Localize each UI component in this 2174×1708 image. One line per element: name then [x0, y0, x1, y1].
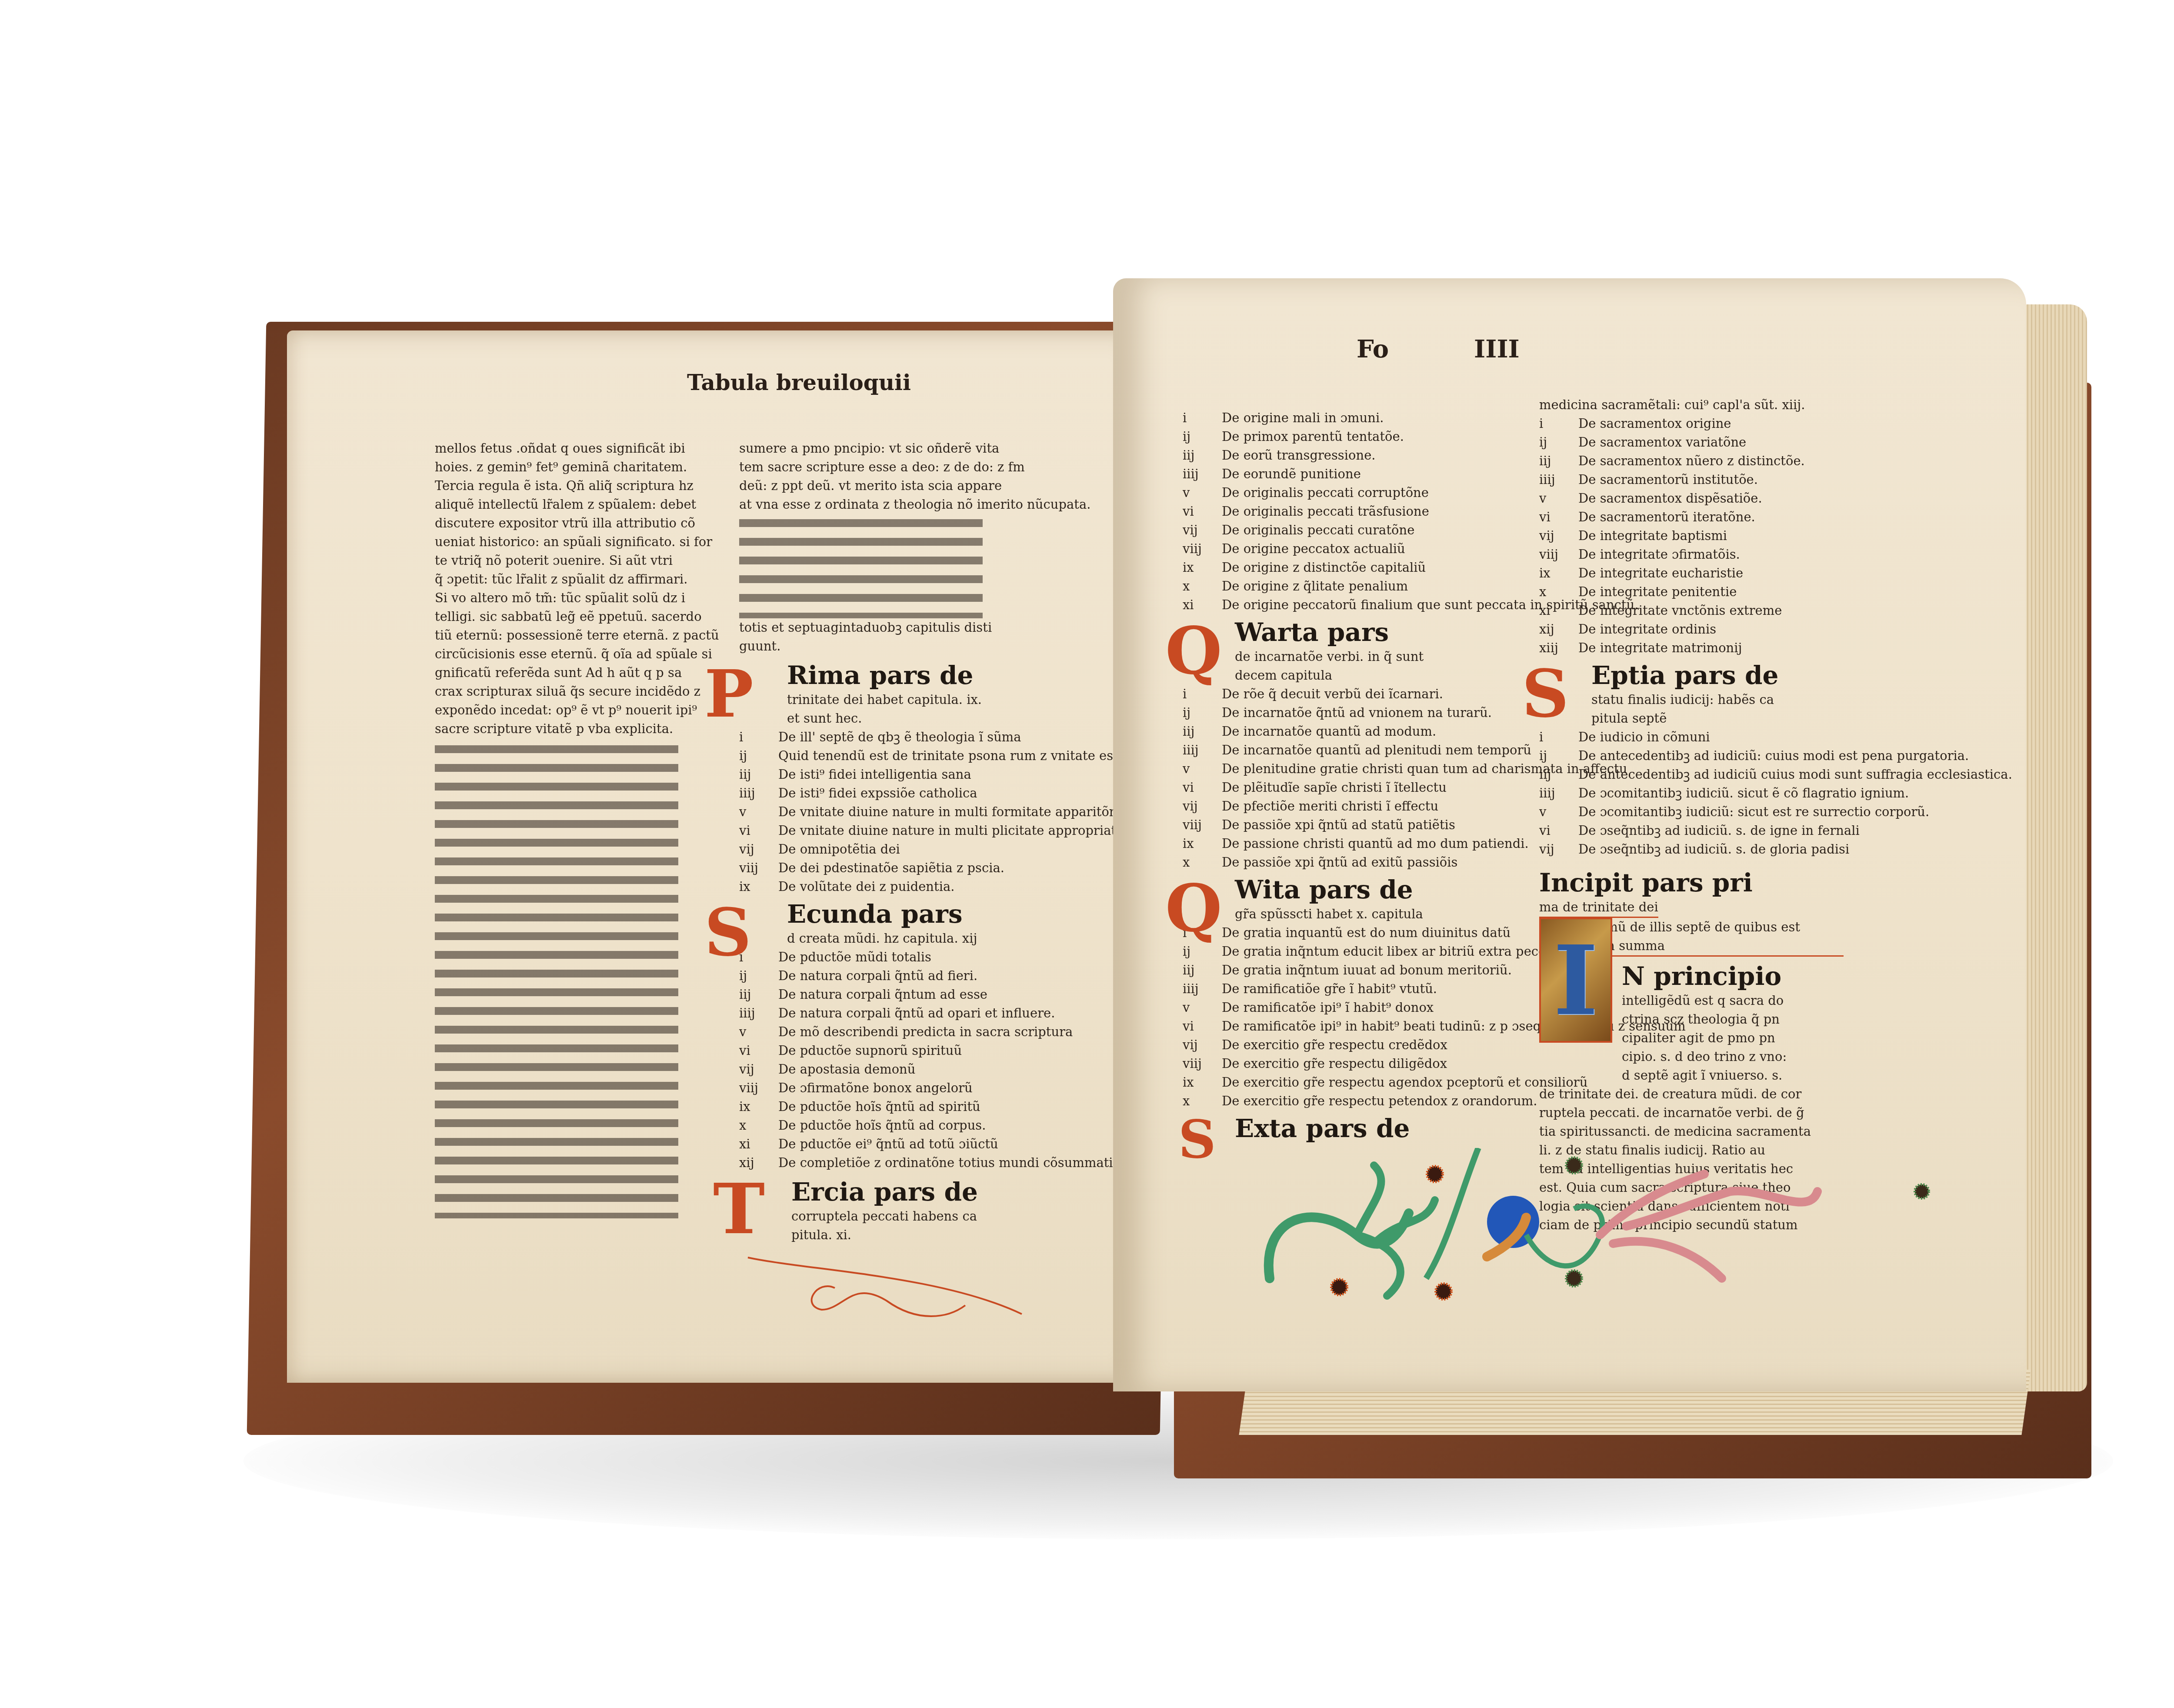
chapter-entry: viijDe ɔfirmatõne bonox angelorũ [739, 1079, 1017, 1098]
chapter-entry: ixDe volũtate dei z puidentia. [739, 877, 1017, 896]
chapter-entry: iijDe isti⁹ fidei intelligentia sana [739, 765, 1017, 784]
chapter-entry: xiDe pductõe ei⁹ q̃ntũ ad totũ ɔiũctũ [739, 1135, 1017, 1154]
section-prima-pars: P Rima pars de trinitate dei habet capit… [739, 660, 1017, 896]
text-line: sacre scripture vitatẽ p vba explicita. [435, 720, 696, 738]
text-line: at vna esse z ordinata z theologia nõ im… [739, 495, 1017, 514]
chapter-entry: viijDe dei pdestinatõe sapiẽtia z pscia. [739, 859, 1017, 877]
left-col-1: mellos fetus .oñdat q oues significãt ib… [435, 439, 696, 1218]
chapter-entry: vDe ɔcomitantibꝫ iudiciũ: sicut est re s… [1539, 803, 1861, 821]
rubric-initial: Q [1165, 613, 1222, 689]
illuminated-initial-letter: I [1545, 924, 1606, 1037]
section-septima-pars: S Eptia pars de statu finalis iudicij: h… [1539, 660, 1861, 859]
chapter-entry: vijDe apostasia demonũ [739, 1060, 1017, 1079]
chapter-entry: xiijDe integritate matrimonij [1539, 639, 1861, 657]
text-line: d septẽ agit ĩ vniuerso. s. [1622, 1066, 1861, 1085]
section-intro: et sunt hec. [739, 709, 1017, 728]
section-intro: corruptela peccati habens ca [739, 1207, 1017, 1226]
chapter-entry: iDe iudicio in cõmuni [1539, 728, 1861, 747]
text-line: tiũ eternũ: possessionẽ terre eternã. z … [435, 626, 696, 645]
chapter-entry: iiijDe ɔcomitantibꝫ iudiciũ. sicut ẽ cõ … [1539, 784, 1861, 803]
chapter-entry: ijDe antecedentibꝫ ad iudiciũ: cuius mod… [1539, 747, 1861, 765]
section-intro: pitula. xi. [739, 1226, 1017, 1244]
illuminated-initial: I [1539, 917, 1612, 1043]
chapter-entry: ijDe sacramentox variatõne [1539, 433, 1861, 452]
text-line: deũ: z ppt deũ. vt merito ista scia appa… [739, 477, 1017, 495]
chapter-entry: viDe pductõe supnorũ spirituũ [739, 1041, 1017, 1060]
chapter-entry: vDe sacramentox dispẽsatiõe. [1539, 489, 1861, 508]
chapter-entry: iDe pductõe mũdi totalis [739, 948, 1017, 967]
chapter-entry: ijDe primox parentũ tentatõe. [1183, 427, 1496, 446]
section-quinta-pars: Q Wita pars de gr̃a spũsscti habet x. ca… [1183, 874, 1496, 1111]
chapter-entry: ixDe pductõe hoĩs q̃ntũ ad spiritũ [739, 1098, 1017, 1116]
chapter-entry: ijDe natura corpali q̃ntũ ad fieri. [739, 967, 1017, 985]
chapter-entry: vijDe integritate baptismi [1539, 527, 1861, 545]
chapter-entry: xDe exercitio gr̃e respectu petendox z o… [1183, 1092, 1496, 1111]
chapter-entry: xDe integritate penitentie [1539, 583, 1861, 601]
text-line: aliquẽ intellectũ lr̃alem z spũalem: deb… [435, 495, 696, 514]
rubric-initial: S [1522, 656, 1569, 732]
section-intro: d creata mũdi. hz capitula. xij [739, 929, 1017, 948]
section-heading: Wita pars de [1183, 874, 1496, 905]
chapter-entry: iDe sacramentox origine [1539, 414, 1861, 433]
chapter-entry: iiijDe isti⁹ fidei expssiõe catholica [739, 784, 1017, 803]
chapter-entry: vijDe omnipotẽtia dei [739, 840, 1017, 859]
rubric-initial: P [704, 656, 754, 732]
running-head: Tabula breuiloquii [687, 370, 911, 395]
text-line: gnificatũ referẽda sunt Ad h aũt q p sa [435, 664, 696, 682]
text-line: totis et septuagintaduobꝫ capitulis dist… [739, 618, 1017, 637]
section-secunda-pars: S Ecunda pars d creata mũdi. hz capitula… [739, 899, 1017, 1172]
text-line: cipio. s. d deo trino z vno: [1622, 1047, 1861, 1066]
chapter-entry: vDe vnitate diuine nature in multi formi… [739, 803, 1017, 821]
text-line: tia spiritussancti. de medicina sacramen… [1539, 1122, 1861, 1141]
section-intro: statu finalis iudicij: habẽs ca [1539, 691, 1861, 709]
chapter-entry: iijDe gratia inq̃ntum iuuat ad bonum mer… [1183, 961, 1496, 980]
section-heading: Exta pars de [1183, 1113, 1496, 1144]
chapter-entry: iijDe natura corpali q̃ntum ad esse [739, 985, 1017, 1004]
text-line: cipaliter agit de pmo pn [1622, 1029, 1861, 1047]
chapter-entry: ijDe incarnatõe q̃ntũ ad vnionem na tura… [1183, 704, 1496, 722]
chapter-entry: iDe origine mali in ɔmuni. [1183, 409, 1496, 427]
section-heading: Ecunda pars [739, 899, 1017, 929]
text-line: sumere a pmo pncipio: vt sic oñderẽ vita [739, 439, 1017, 458]
text-line: ctrina scz theologia q̃ pn [1622, 1010, 1861, 1029]
text-line: tem sacre scripture esse a deo: z de do:… [739, 458, 1017, 477]
right-col-1: iDe origine mali in ɔmuni. ijDe primox p… [1183, 409, 1496, 1144]
text-line: Tercia regula ẽ ista. Qñ aliq̃ scriptura… [435, 477, 696, 495]
text-line: exponẽdo incedat: op⁹ ẽ vt p⁹ nouerit ip… [435, 701, 696, 720]
rubric-initial: S [704, 894, 751, 971]
chapter-entry: iDe ill' septẽ de qbꝫ ẽ theologia ĩ sũma [739, 728, 1017, 747]
chapter-entry: xijDe completiõe z ordinatõne totius mun… [739, 1154, 1017, 1172]
red-pen-flourish [722, 1253, 1026, 1323]
chapter-entry: iiijDe ramificatiõe gr̃e ĩ habit⁹ vtutũ. [1183, 980, 1496, 998]
rubric-initial: Q [1165, 870, 1222, 947]
chapter-entry: viDe plẽitudĩe sapĩe christi ĩ ĩtellectu [1183, 778, 1496, 797]
chapter-entry: ijDe gratia inq̃ntum educit libex ar bit… [1183, 942, 1496, 961]
chapter-entry: viijDe integritate ɔfirmatõis. [1539, 545, 1861, 564]
rubric-initial: S [1178, 1109, 1216, 1170]
text-line: medicina sacramẽtali: cui⁹ capl'a sũt. x… [1539, 396, 1861, 414]
folio-label: Fo [1357, 335, 1389, 364]
left-page: Tabula breuiloquii mellos fetus .oñdat q… [287, 330, 1157, 1383]
chapter-entry: vijDe exercitio gr̃e respectu credẽdox [1183, 1036, 1496, 1054]
incipit-line-2: ma de trinitate dei [1539, 898, 1658, 918]
section-heading: Eptia pars de [1539, 660, 1861, 691]
chapter-entry: iijDe incarnatõe quantũ ad modum. [1183, 722, 1496, 741]
chapter-entry: viDe vnitate diuine nature in multi plic… [739, 821, 1017, 840]
section-intro: decem capitula [1183, 666, 1496, 685]
text-line: hoies. z gemin⁹ fet⁹ geminã charitatem. [435, 458, 696, 477]
chapter-entry: viijDe passiõe xpi q̃ntũ ad statũ patiẽt… [1183, 816, 1496, 834]
text-line: guunt. [739, 637, 1017, 656]
chapter-entry: ixDe passione christi quantũ ad mo dum p… [1183, 834, 1496, 853]
chapter-entry: iDe rõe q̃ decuit verbũ dei ĩcarnari. [1183, 685, 1496, 704]
chapter-entry: ixDe integritate eucharistie [1539, 564, 1861, 583]
section-intro: gr̃a spũsscti habet x. capitula [1183, 905, 1496, 924]
chapter-entry: iijDe antecedentibꝫ ad iudiciũ cuius mod… [1539, 765, 1861, 784]
chapter-entry: viijDe exercitio gr̃e respectu diligẽdox [1183, 1054, 1496, 1073]
section-heading: Ercia pars de [739, 1177, 1017, 1207]
text-line: discutere expositor vtrũ illa attributio… [435, 514, 696, 533]
rubric-initial: T [713, 1168, 765, 1250]
photo-scene: Tabula breuiloquii mellos fetus .oñdat q… [0, 0, 2174, 1708]
chapter-entry: vDe originalis peccati corruptõne [1183, 484, 1496, 502]
text-line: Si vo altero mõ tm̃: tũc spũalit solũ dz… [435, 589, 696, 607]
text-line: mellos fetus .oñdat q oues significãt ib… [435, 439, 696, 458]
section-quarta-pars: Q Warta pars de incarnatõe verbi. in q̃ … [1183, 617, 1496, 872]
right-col-2: medicina sacramẽtali: cui⁹ capl'a sũt. x… [1539, 396, 1861, 1234]
chapter-entry: iijDe sacramentox nũero z distinctõe. [1539, 452, 1861, 470]
text-line: ruptela peccati. de incarnatõe verbi. de… [1539, 1104, 1861, 1122]
chapter-entry: xDe origine z q̃litate penalium [1183, 577, 1496, 596]
section-sexta-pars: S Exta pars de [1183, 1113, 1496, 1144]
text-body-continued [435, 740, 678, 1218]
chapter-entry: viDe ramificatõe ipi⁹ in habit⁹ beati tu… [1183, 1017, 1496, 1036]
chapter-entry: viDe originalis peccati trãsfusione [1183, 502, 1496, 521]
text-line: circũcisionis esse eternũ. q̃ oĩa ad spũ… [435, 645, 696, 664]
chapter-entry: iiijDe eorundẽ punitione [1183, 465, 1496, 484]
chapter-entry: iijDe eorũ transgressione. [1183, 446, 1496, 465]
text-body-continued [739, 514, 983, 618]
chapter-entry: iiijDe natura corpali q̃ntũ ad opari et … [739, 1004, 1017, 1023]
section-intro: de incarnatõe verbi. in q̃ sunt [1183, 647, 1496, 666]
floral-border-decoration [1244, 1148, 2026, 1322]
text-line: telligi. sic sabbatũ leg̃ eẽ ppetuũ. sac… [435, 607, 696, 626]
text-line: crax scripturax siluã q̃s secure incidẽd… [435, 682, 696, 701]
text-line: ueniat historico: an spũali significato.… [435, 533, 696, 551]
text-line: de trinitate dei. de creatura mũdi. de c… [1539, 1085, 1861, 1104]
chapter-entry: vijDe originalis peccati curatõne [1183, 521, 1496, 540]
chapter-entry: xiDe integritate vnctõnis extreme [1539, 601, 1861, 620]
chapter-entry: ixDe origine z distinctõe capitaliũ [1183, 558, 1496, 577]
text-line: intelligẽdũ est q sacra do [1622, 991, 1861, 1010]
chapter-entry: viijDe origine peccatox actualiũ [1183, 540, 1496, 558]
chapter-entry: ixDe exercitio gr̃e respectu agendox pce… [1183, 1073, 1496, 1092]
section-intro: pitula septẽ [1539, 709, 1861, 728]
text-line: q̃ ɔpetit: tũc lr̃alit z spũalit dz affi… [435, 570, 696, 589]
section-tercia-pars: T Ercia pars de corruptela peccati haben… [739, 1177, 1017, 1244]
chapter-entry: vDe mõ describendi predicta in sacra scr… [739, 1023, 1017, 1041]
section-intro: trinitate dei habet capitula. ix. [739, 691, 1017, 709]
chapter-entry: xDe pductõe hoĩs q̃ntũ ad corpus. [739, 1116, 1017, 1135]
text-line: te vtriq̃ nõ poterit ɔuenire. Si aũt vtr… [435, 551, 696, 570]
chapter-entry: viDe ɔseq̃ntibꝫ ad iudiciũ. s. de igne i… [1539, 821, 1861, 840]
chapter-entry: vijDe pfectiõe meriti christi ĩ effectu [1183, 797, 1496, 816]
chapter-entry: xDe passiõe xpi q̃ntũ ad exitũ passiõis [1183, 853, 1496, 872]
chapter-entry: viDe sacramentorũ iteratõne. [1539, 508, 1861, 527]
chapter-entry: ijQuid tenendũ est de trinitate psona ru… [739, 747, 1017, 765]
chapter-entry: iiijDe sacramentorũ institutõe. [1539, 470, 1861, 489]
chapter-entry: xijDe integritate ordinis [1539, 620, 1861, 639]
section-heading: Rima pars de [739, 660, 1017, 691]
chapter-entry: iiijDe incarnatõe quantũ ad plenitudi ne… [1183, 741, 1496, 760]
chapter-entry: vDe ramificatõe ipi⁹ ĩ habit⁹ donox [1183, 998, 1496, 1017]
section-heading: Warta pars [1183, 617, 1496, 647]
folio-number: IIII [1474, 335, 1520, 364]
incipit-heading: Incipit pars pri [1539, 867, 1861, 898]
chapter-entry: xiDe origine peccatorũ finalium que sunt… [1183, 596, 1496, 614]
chapter-entry: vDe plenitudine gratie christi quan tum … [1183, 760, 1496, 778]
left-col-2: sumere a pmo pncipio: vt sic oñderẽ vita… [739, 439, 1017, 1244]
chapter-entry: iDe gratia inquantũ est do num diuinitus… [1183, 924, 1496, 942]
chapter-entry: vijDe ɔseq̃ntibꝫ ad iudiciũ. s. de glori… [1539, 840, 1861, 859]
